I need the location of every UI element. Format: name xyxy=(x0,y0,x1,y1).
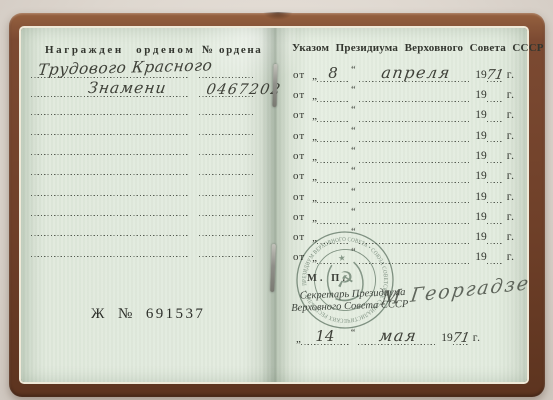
booklet-cover: Награжден орденом № ордена Трудового Кра… xyxy=(9,13,545,397)
year-handwriting: 71 xyxy=(485,67,505,83)
year-suffix: г. xyxy=(507,89,515,102)
award-name-line xyxy=(31,95,189,115)
left-page: Награжден орденом № ордена Трудового Кра… xyxy=(21,28,274,382)
from-label: от xyxy=(293,130,305,143)
month-line xyxy=(359,143,471,163)
award-name-line xyxy=(31,216,189,236)
decree-header: Указом Президиума Верховного Совета СССР xyxy=(292,42,544,54)
month-line xyxy=(359,163,471,183)
spine-notch xyxy=(263,12,293,20)
day-line xyxy=(317,204,349,224)
svg-text:★: ★ xyxy=(338,253,347,264)
order-number-line xyxy=(199,216,255,236)
close-quote: “ xyxy=(351,187,355,204)
year-suffix: г. xyxy=(507,150,515,163)
month-handwriting: мая xyxy=(358,326,439,345)
year-suffix: г. xyxy=(473,332,481,345)
month-line xyxy=(359,183,471,203)
month-line xyxy=(359,204,471,224)
award-name-line xyxy=(31,196,189,216)
year-suffix: г. xyxy=(507,130,515,143)
award-name-line xyxy=(31,176,189,196)
award-name-line xyxy=(31,155,189,175)
from-label: от xyxy=(293,191,305,204)
decree-date-row-filled: от „ 8 “ апреля 19 71 г. xyxy=(277,62,527,82)
seal-place-label: М. П. xyxy=(307,273,348,284)
order-number-column-header: № ордена xyxy=(202,44,262,56)
from-label: от xyxy=(293,170,305,183)
year-suffix: г. xyxy=(507,170,515,183)
blank-decree-row: от „ “ 19 г. xyxy=(277,143,527,163)
day-line xyxy=(317,122,349,142)
year-suffix: г. xyxy=(507,69,515,82)
blank-award-row xyxy=(21,155,274,175)
year-line xyxy=(487,224,502,244)
day-handwriting: 8 xyxy=(317,64,349,82)
month-line xyxy=(359,82,471,102)
close-quote: “ xyxy=(351,166,355,183)
year-line xyxy=(487,102,502,122)
blank-award-row xyxy=(21,135,274,155)
year-prefix: 19 xyxy=(475,231,487,244)
from-label: от xyxy=(293,109,305,122)
award-name-line xyxy=(31,115,189,135)
blank-award-row xyxy=(21,237,274,257)
order-number-line xyxy=(199,237,255,257)
year-line: 71 xyxy=(453,325,468,345)
year-prefix: 19 xyxy=(475,89,487,102)
month-line: мая xyxy=(358,325,436,345)
award-name-line: Трудового Красного xyxy=(31,56,189,78)
close-quote: “ xyxy=(351,207,355,224)
blank-decree-row: от „ “ 19 г. xyxy=(277,163,527,183)
award-column-header: Награжден орденом xyxy=(45,44,195,56)
day-line xyxy=(317,102,349,122)
blank-decree-row: от „ “ 19 г. xyxy=(277,204,527,224)
year-suffix: г. xyxy=(507,109,515,122)
order-number-line xyxy=(199,56,255,78)
close-quote: “ xyxy=(351,85,355,102)
close-quote: “ xyxy=(351,328,355,345)
from-label: от xyxy=(293,150,305,163)
order-number-line xyxy=(199,115,255,135)
year-suffix: г. xyxy=(507,231,515,244)
year-line: 71 xyxy=(487,62,502,82)
award-name-line xyxy=(31,237,189,257)
day-line xyxy=(317,82,349,102)
month-handwriting: апреля xyxy=(359,63,473,82)
month-line xyxy=(359,122,471,142)
year-prefix: 19 xyxy=(475,150,487,163)
year-handwriting: 71 xyxy=(451,330,471,346)
order-number-line xyxy=(199,176,255,196)
year-prefix: 19 xyxy=(475,130,487,143)
blank-award-row xyxy=(21,176,274,196)
year-line xyxy=(487,143,502,163)
day-line: 14 xyxy=(301,325,349,345)
serial-number: Ж № 691537 xyxy=(91,306,205,323)
from-label: от xyxy=(293,89,305,102)
blank-award-row xyxy=(21,196,274,216)
award-name-line xyxy=(31,135,189,155)
award-name-handwriting: Трудового Красного xyxy=(37,56,213,79)
day-line xyxy=(317,163,349,183)
order-number-line xyxy=(199,155,255,175)
month-line: апреля xyxy=(359,62,471,82)
year-line xyxy=(487,122,502,142)
year-prefix: 19 xyxy=(475,170,487,183)
year-line xyxy=(487,244,502,264)
order-number-line xyxy=(199,135,255,155)
day-line xyxy=(317,183,349,203)
order-number-line xyxy=(199,95,255,115)
day-line xyxy=(317,143,349,163)
close-quote: “ xyxy=(351,65,355,82)
day-line: 8 xyxy=(317,62,349,82)
blank-decree-row: от „ “ 19 г. xyxy=(277,183,527,203)
from-label: от xyxy=(293,211,305,224)
blank-award-row xyxy=(21,216,274,236)
close-quote: “ xyxy=(351,146,355,163)
award-entry-row: Трудового Красного xyxy=(21,56,274,78)
month-line xyxy=(359,102,471,122)
year-prefix: 19 xyxy=(475,251,487,264)
close-quote: “ xyxy=(351,105,355,122)
year-line xyxy=(487,204,502,224)
year-suffix: г. xyxy=(507,191,515,204)
year-suffix: г. xyxy=(507,211,515,224)
blank-award-row xyxy=(21,115,274,135)
day-handwriting: 14 xyxy=(301,327,349,345)
year-prefix: 19 xyxy=(475,211,487,224)
year-prefix: 19 xyxy=(475,109,487,122)
blank-decree-row: от „ “ 19 г. xyxy=(277,122,527,142)
year-line xyxy=(487,82,502,102)
blank-award-rows xyxy=(21,95,274,257)
year-line xyxy=(487,183,502,203)
year-suffix: г. xyxy=(507,251,515,264)
year-line xyxy=(487,163,502,183)
blank-decree-row: от „ “ 19 г. xyxy=(277,82,527,102)
issue-date-row: „ 14 “ мая 19 71 г. xyxy=(289,325,493,345)
from-label: от xyxy=(293,69,305,82)
year-prefix: 19 xyxy=(475,191,487,204)
order-number-line xyxy=(199,196,255,216)
blank-award-row xyxy=(21,95,274,115)
blank-decree-row: от „ “ 19 г. xyxy=(277,102,527,122)
open-pages: Награжден орденом № ордена Трудового Кра… xyxy=(21,28,527,382)
right-page: Указом Президиума Верховного Совета СССР… xyxy=(277,28,527,382)
close-quote: “ xyxy=(351,126,355,143)
